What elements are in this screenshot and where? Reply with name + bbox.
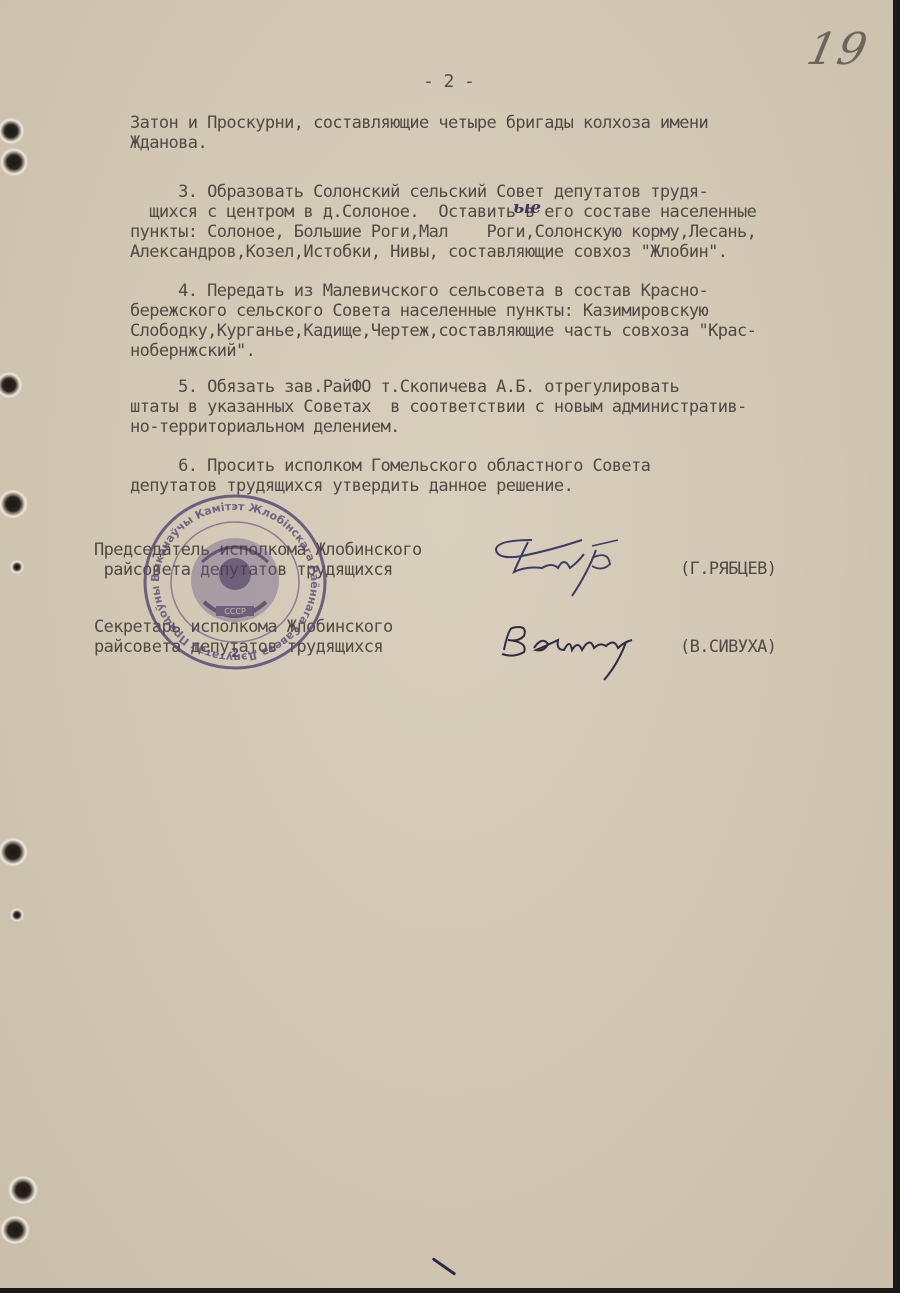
paragraph-item-4: 4. Передать из Малевичского сельсовета в…	[130, 281, 756, 361]
paragraph-continuation: Затон и Проскурни, составляющие четыре б…	[130, 113, 708, 153]
stamp-center-text: СССР	[224, 607, 246, 616]
binding-hole	[0, 838, 28, 866]
binding-hole	[8, 1176, 38, 1204]
paragraph-item-3: 3. Образовать Солонский сельский Совет д…	[130, 182, 756, 262]
scan-edge-bottom	[0, 1288, 900, 1293]
binding-hole	[0, 148, 28, 176]
stamp-number: 2	[231, 646, 239, 660]
handwritten-correction: ые	[513, 198, 541, 218]
folio-number: 19	[803, 24, 874, 75]
chairman-name: (Г.РЯБЦЕВ)	[680, 559, 776, 579]
chairman-signature	[492, 532, 632, 604]
official-stamp: Выканаўчы Камітэт Жлобінскага Раённага С…	[142, 492, 328, 672]
binding-hole	[10, 560, 24, 574]
scan-edge-right	[893, 0, 900, 1293]
document-page: 19 - 2 - Затон и Проскурни, составляющие…	[0, 0, 895, 1288]
paragraph-item-5: 5. Обязать зав.РайФО т.Скопичева А.Б. от…	[130, 377, 747, 437]
binding-hole	[0, 490, 28, 518]
emblem-icon: СССР	[191, 538, 279, 622]
secretary-name: (В.СИВУХА)	[680, 637, 776, 657]
binding-hole	[0, 372, 22, 398]
page-number: - 2 -	[423, 72, 474, 92]
paragraph-item-6: 6. Просить исполком Гомельского областно…	[130, 456, 650, 496]
binding-hole	[0, 118, 24, 144]
binding-hole	[10, 908, 24, 922]
ink-mark	[432, 1257, 457, 1276]
secretary-signature	[494, 620, 654, 684]
binding-hole	[0, 1216, 30, 1244]
